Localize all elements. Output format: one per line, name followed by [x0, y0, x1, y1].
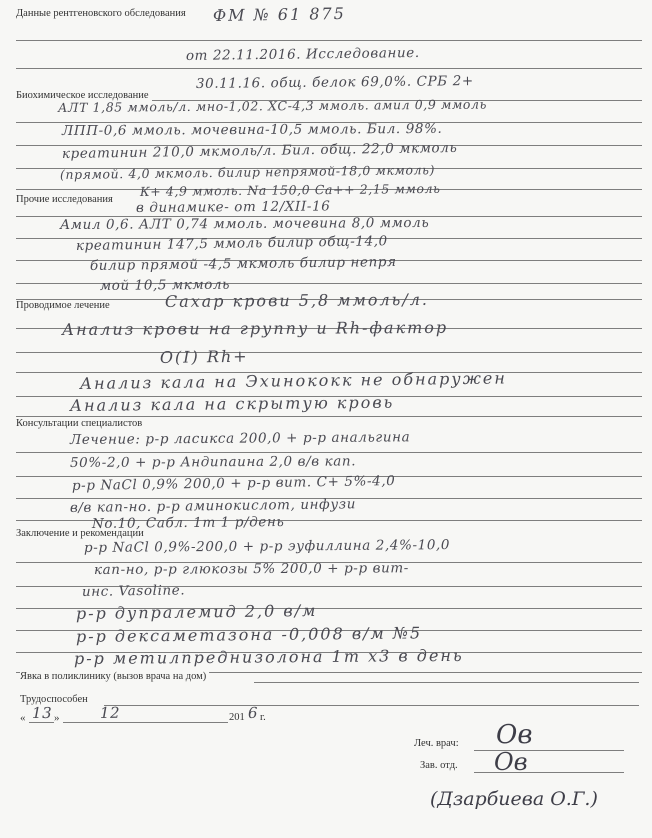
- hw-consult-line-5: No.10, Сабл. 1т 1 р/день: [92, 514, 285, 532]
- hw-conclusion-line-5: р-р дексаметазона -0,008 в/м №5: [76, 623, 422, 646]
- signature-doctor: Ов: [496, 720, 532, 750]
- hw-consult-line-2: 50%-2,0 + р-р Андипаина 2,0 в/в кап.: [70, 453, 356, 471]
- label-attending-doctor: Леч. врач:: [414, 738, 462, 749]
- medical-discharge-form: Данные рентгеновского обследования ФМ № …: [0, 0, 652, 838]
- ruled-line: [16, 352, 642, 353]
- date-year-digit: 6: [248, 704, 258, 722]
- date-day-line: [28, 722, 54, 723]
- hw-other-line-3: Амил 0,6. АЛТ 0,74 ммоль. мочевина 8,0 м…: [60, 215, 429, 233]
- hw-conclusion-line-6: р-р метилпреднизолона 1т x3 в день: [74, 646, 464, 668]
- hw-biochem-line-4: креатинин 210,0 мкмоль/л. Бил. общ. 22,0…: [62, 140, 458, 162]
- label-xray: Данные рентгеновского обследования: [16, 8, 189, 19]
- hw-treatment-line-3: O(I) Rh+: [160, 347, 249, 367]
- label-year-prefix: 201: [229, 712, 248, 723]
- label-clinic-visit: Явка в поликлинику (вызов врача на дом): [20, 671, 209, 682]
- ruled-line: [16, 40, 642, 41]
- signer-name: (Дзарбиева О.Г.): [430, 788, 598, 810]
- hw-treatment-line-1: Сахар крови 5,8 ммоль/л.: [165, 290, 429, 311]
- hw-other-line-5: билир прямой -4,5 мкмоль билир непря: [90, 254, 397, 274]
- hw-other-line-2: в динамике- от 12/XII-16: [136, 198, 331, 216]
- hw-conclusion-line-1: р-р NaCl 0,9%-200,0 + р-р эуфиллина 2,4%…: [84, 537, 450, 556]
- label-consultations: Консультации специалистов: [16, 418, 145, 429]
- date-day: 13: [32, 704, 52, 722]
- hw-conclusion-line-4: р-р дупралемид 2,0 в/м: [76, 601, 318, 623]
- label-head-of-dept: Зав. отд.: [420, 760, 461, 771]
- hw-biochem-line-5: (прямой. 4,0 мкмоль. билир непрямой-18,0…: [60, 162, 435, 182]
- date-month-line: [62, 722, 228, 723]
- hw-consult-line-4: в/в кап-но. р-р аминокислот, инфузи: [70, 496, 356, 516]
- label-able-to-work: Трудоспособен: [20, 694, 91, 705]
- hw-consult-line-1: Лечение: р-р ласикса 200,0 + р-р анальги…: [70, 429, 410, 448]
- hw-biochem-line-1: 30.11.16. общ. белок 69,0%. СРБ 2+: [196, 73, 474, 92]
- hw-xray-line-1: ФМ № 61 875: [213, 4, 346, 25]
- able-to-work-line: [104, 705, 639, 706]
- hw-biochem-line-3: ЛПП-0,6 ммоль. мочевина-10,5 ммоль. Бил.…: [62, 121, 443, 139]
- ruled-line: [16, 68, 642, 69]
- hw-treatment-line-2: Анализ крови на группу и Rh-фактор: [62, 318, 448, 339]
- label-other-studies: Прочие исследования: [16, 194, 116, 205]
- clinic-visit-line: [254, 682, 639, 683]
- label-year-suffix: г.: [260, 712, 269, 723]
- hw-conclusion-line-2: кап-но, р-р глюкозы 5% 200,0 + р-р вит-: [94, 560, 409, 578]
- ruled-line: [16, 416, 642, 417]
- date-close-quote: »: [54, 712, 63, 724]
- hw-other-line-4: креатинин 147,5 ммоль билир общ-14,0: [76, 233, 388, 254]
- hw-biochem-line-2: АЛТ 1,85 ммоль/л. мно-1,02. ХС-4,3 ммоль…: [58, 97, 487, 115]
- hw-other-line-1: К+ 4,9 ммоль. Na 150,0 Ca++ 2,15 ммоль: [140, 181, 441, 199]
- date-month: 12: [100, 704, 121, 722]
- date-open-quote: «: [20, 712, 29, 724]
- hw-conclusion-line-3: инс. Vasoline.: [82, 582, 186, 600]
- signature-head: Ов: [494, 748, 528, 776]
- hw-xray-line-2: от 22.11.2016. Исследование.: [186, 45, 420, 64]
- label-treatment: Проводимое лечение: [16, 300, 113, 311]
- hw-treatment-line-5: Анализ кала на скрытую кровь: [70, 393, 395, 415]
